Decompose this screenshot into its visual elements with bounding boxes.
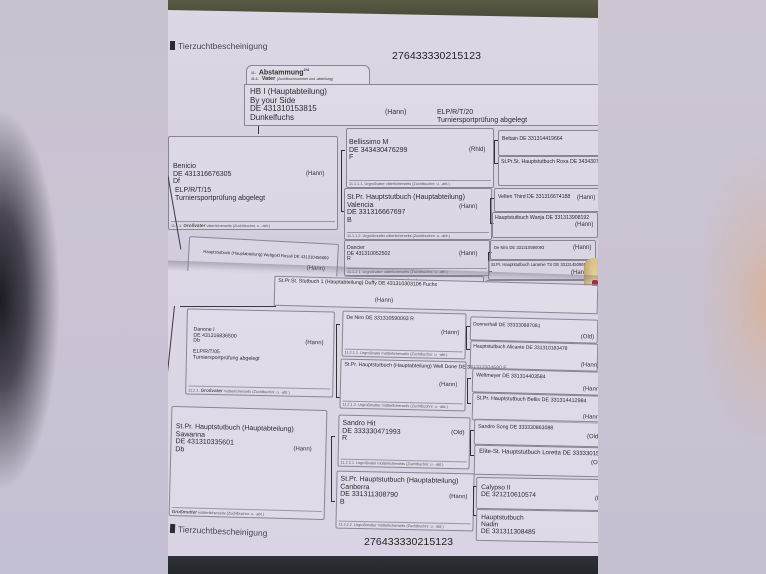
maternal-ggg-entry-1: Donnerhall DE 333330887081 — [473, 322, 540, 329]
paternal-ggg-breed-5: (Hann) — [573, 245, 591, 251]
maternal-ggg-entry-8: Hauptstutbuch Nadin DE 331311308485 — [481, 514, 536, 536]
paternal-ggg-box-2: St.Pr.St. Hauptstutbuch Roxa DE 34343070… — [498, 156, 598, 186]
pedigree-header-tab: 11.Abstammung2/4 11.1.Vater (Zuchtbuchnu… — [246, 65, 370, 85]
paternal-ggg-entry-4: Hauptstutbuch Wanja DE 331313908192 — [495, 216, 589, 222]
maternal-gg-tag-1: 11.2.1.1. Urgroßvater mütterlicherseits … — [345, 349, 463, 358]
paternal-ggg-box-4: Hauptstutbuch Wanja DE 331313908192 (Han… — [492, 212, 598, 238]
maternal-ggg-box-3: Weltmeyer DE 331314403584 (Hann) — [472, 368, 598, 395]
maternal-ggg-entry-2: Hauptstutbuch Alicante DE 331310183478 — [473, 344, 567, 352]
maternal-gg-breed-3: (Old) — [451, 430, 464, 436]
maternal-ggg-breed-3: (Hann) — [583, 386, 598, 392]
blurred-background-left — [0, 0, 168, 574]
maternal-ggg-box-7: Calypso II DE 321210610574 (Hann) — [476, 477, 598, 511]
dam-entry: St.Pr.St. Stutbuch 1 (Hauptabteilung) Du… — [278, 279, 437, 289]
maternal-ggg-entry-4: St.Pr. Hauptstutbuch Bellis DE 331314412… — [476, 396, 586, 405]
paternal-ggg-breed-3: (Hann) — [577, 195, 595, 201]
sire-breed: (Hann) — [385, 109, 406, 116]
maternal-granddam-tag: Großmutter mütterlicherseits (Zuchtbuchn… — [172, 507, 322, 518]
document-title-top: Tierzuchtbescheinigung — [170, 41, 267, 51]
paternal-gg-box-1: Bellissimo M DE 343430476299 F (Rhld) 11… — [346, 128, 494, 188]
maternal-ggg-entry-7: Calypso II DE 321210610574 — [481, 484, 536, 499]
book-cover-edge — [168, 556, 598, 574]
maternal-gg-entry-4: St.Pr. Hauptstutbuch (Hauptabteilung) Ca… — [340, 476, 459, 509]
maternal-granddam-entry: St.Pr. Hauptstutbuch (Hauptabteilung) Sa… — [175, 423, 294, 456]
dam-breed: (Hann) — [375, 297, 393, 303]
paternal-gg-entry-1: Bellissimo M DE 343430476299 F — [349, 139, 407, 162]
maternal-ggg-entry-5: Sandro Song DE 333330863088 — [478, 425, 553, 432]
maternal-grandsire-tag: 11.2.1. Großvater mütterlicherseits (Zuc… — [188, 386, 330, 396]
maternal-ggg-box-1: Donnerhall DE 333330887081 (Old) — [470, 316, 598, 343]
maternal-gg-breed-1: (Hann) — [441, 330, 459, 336]
sire-box: HB I (Hauptabteilung) By your Side DE 43… — [244, 84, 598, 126]
paternal-gg-breed-2: (Hann) — [459, 204, 477, 210]
maternal-gg-box-3: Sandro Hit DE 333330471993 R (Old) 11.2.… — [337, 415, 470, 470]
paternal-ggg-entry-2: St.Pr.St. Hauptstutbuch Roxa DE 34343070… — [501, 160, 598, 166]
paternal-ggg-entry-3: Velten Third DE 331316674188 — [498, 195, 570, 201]
paternal-gg-entry-2: St.Pr. Hauptstutbuch (Hauptabteilung) Va… — [347, 194, 465, 224]
maternal-gg-box-2: St.Pr. Hauptstutbuch (Hauptabteilung) We… — [339, 359, 466, 412]
connector — [258, 126, 259, 134]
maternal-grandsire-entry: Danone I DE 431316836500 Db — [193, 328, 237, 346]
paternal-ggg-breed-4: (Hann) — [575, 222, 593, 228]
paternal-grandsire-performance: ELP/R/T/15 Turniersportprüfung abgelegt — [175, 187, 265, 202]
certificate-number-top: 276433330215123 — [392, 51, 481, 62]
maternal-ggg-breed-7: (Hann) — [595, 496, 598, 502]
maternal-gg-box-4: St.Pr. Hauptstutbuch (Hauptabteilung) Ca… — [335, 471, 474, 532]
sire-performance: ELP/R/T/20 Turniersportprüfung abgelegt — [437, 109, 527, 124]
paternal-grandsire-entry: Benicio DE 431316676305 Df — [173, 163, 231, 186]
paternal-grandsire-tag: 11.1.1. Großvater väterlicherseits (Zuch… — [171, 221, 335, 228]
paternal-grandsire-box: Benicio DE 431316676305 Df (Hann) ELP/R/… — [168, 136, 338, 230]
maternal-granddam-breed: (Hann) — [293, 446, 311, 452]
maternal-ggg-breed-5: (Old) — [587, 434, 598, 440]
maternal-gg-entry-1: De Niro DE 331310590093 R — [346, 316, 414, 323]
maternal-gg-tag-2: 11.2.1.2. Urgroßmutter mütterlicherseits… — [342, 401, 462, 410]
maternal-gg-tag-3: 11.2.2.1. Urgroßvater mütterlicherseits … — [341, 459, 467, 468]
maternal-ggg-box-5: Sandro Song DE 333330863088 (Old) — [474, 419, 598, 448]
paternal-gg-tag-1: 11.1.1.1. Urgroßvater väterlicherseits (… — [349, 180, 491, 186]
maternal-ggg-entry-3: Weltmeyer DE 331314403584 — [476, 373, 546, 380]
sire-entry: HB I (Hauptabteilung) By your Side DE 43… — [250, 88, 327, 123]
paternal-ggg-entry-6: St.Pr. Hauptstutbuch Laramie TS DE 33131… — [491, 263, 588, 268]
blurred-background-right — [598, 0, 766, 574]
maternal-grandsire-breed: (Hann) — [305, 340, 323, 346]
document-photo: Tierzuchtbescheinigung 276433330215123 1… — [168, 0, 598, 574]
maternal-ggg-entry-6: Elite-St. Hauptstutbuch Loretta DE 33333… — [479, 449, 598, 458]
paternal-granddam-entry: Hauptstutbuch (Hauptabteilung) Weltgold … — [203, 250, 329, 261]
paternal-ggg-box-5: De Niro DE 331310590093 (Hann) — [490, 240, 596, 260]
paternal-gg-breed-3: (Hann) — [459, 251, 477, 257]
paternal-gg-entry-3: Dancier DE 431310052502 R — [347, 246, 390, 263]
maternal-gg-box-1: De Niro DE 331310590093 R (Hann) 11.2.1.… — [341, 311, 466, 360]
maternal-ggg-box-2: Hauptstutbuch Alicante DE 331310183478 (… — [470, 340, 598, 371]
maternal-ggg-breed-2: (Hann) — [581, 362, 598, 368]
maternal-grandsire-performance: ELP/R/T/05 Turniersportprüfung abgelegt — [193, 350, 260, 363]
paternal-ggg-entry-5: De Niro DE 331310590093 — [494, 246, 544, 251]
pedigree-bracket — [331, 436, 335, 502]
sire-label: 11.1.Vater (Zuchtbuchnummer und -abteilu… — [251, 77, 333, 83]
maternal-granddam-box: St.Pr. Hauptstutbuch (Hauptabteilung) Sa… — [169, 406, 328, 520]
paternal-gg-breed-1: (Rhld) — [469, 147, 485, 153]
paternal-ggg-box-3: Velten Third DE 331316674188 (Hann) — [494, 188, 598, 212]
page-marker-icon — [170, 524, 175, 533]
maternal-ggg-breed-6: (Old) — [591, 460, 598, 466]
maternal-gg-tag-4: 11.2.2.2. Urgroßmutter mütterlicherseits… — [338, 521, 470, 530]
maternal-ggg-breed-4: (Hann) — [583, 414, 598, 420]
page-marker-icon — [170, 41, 175, 50]
maternal-ggg-box-6: Elite-St. Hauptstutbuch Loretta DE 33333… — [474, 445, 598, 478]
maternal-gg-entry-3: Sandro Hit DE 333330471993 R — [342, 420, 401, 444]
maternal-grandsire-box: Danone I DE 431316836500 Db (Hann) ELP/R… — [185, 308, 335, 397]
maternal-gg-breed-2: (Hann) — [439, 382, 457, 388]
section-title: 11.Abstammung2/4 — [251, 68, 309, 77]
paternal-ggg-box-1: Beltain DE 331314419664 — [498, 130, 598, 156]
certificate-number-bottom: 276433330215123 — [364, 537, 453, 548]
paternal-gg-tag-2: 11.1.1.2. Urgroßmutter väterlicherseits … — [347, 232, 489, 238]
paternal-ggg-entry-1: Beltain DE 331314419664 — [502, 137, 563, 143]
maternal-ggg-breed-1: (Old) — [581, 334, 594, 340]
maternal-ggg-box-8: Hauptstutbuch Nadin DE 331311308485 — [476, 509, 598, 543]
connector — [180, 306, 276, 307]
maternal-gg-breed-4: (Hann) — [449, 494, 467, 500]
pedigree-bracket — [467, 378, 471, 404]
paternal-gg-box-2: St.Pr. Hauptstutbuch (Hauptabteilung) Va… — [344, 188, 492, 240]
paternal-grandsire-breed: (Hann) — [306, 171, 324, 177]
